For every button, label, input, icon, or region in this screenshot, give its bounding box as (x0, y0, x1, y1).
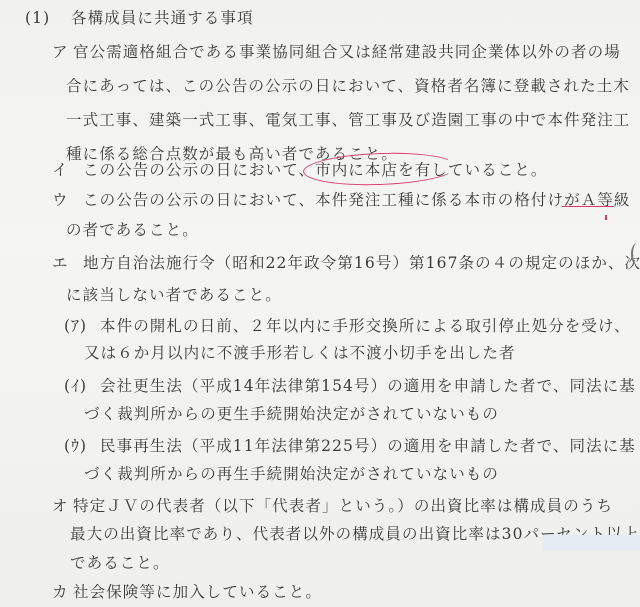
handwritten-underline-annotation (562, 206, 614, 207)
item-marker-o: オ (52, 496, 73, 516)
item-o-line-1: オ特定ＪＶの代表者（以下「代表者」という。）の出資比率は構成員のうち (52, 496, 613, 516)
item-e-line-2: に該当しない者であること。 (66, 285, 282, 305)
item-u-line-2: の者であること。 (66, 220, 199, 240)
item-marker-e: エ (52, 253, 83, 273)
item-a-line-1: ア官公需適格組合である事業協同組合又は経常建設共同企業体以外の者の場 (52, 42, 621, 62)
item-e-line-1: エ地方自治法施行令（昭和22年政令第16号）第167条の４の規定のほか、次 (52, 253, 640, 273)
section-title: 各構成員に共通する事項 (71, 9, 254, 27)
subitem-i-line-2: づく裁判所からの更生手続開始決定がされていないもの (84, 404, 499, 424)
subitem-marker-a: (ｱ) (64, 316, 100, 336)
page-edge-bracket (631, 243, 640, 265)
item-a-line-2: 合にあっては、この公告の公示の日において、資格者名簿に登載された土木 (66, 76, 630, 96)
item-marker-a: ア (52, 42, 73, 62)
subitem-u-line-2: づく裁判所からの再生手続開始決定がされていないもの (84, 464, 499, 484)
item-marker-i: イ (52, 160, 83, 180)
subitem-u-line-1: (ｳ)民事再生法（平成11年法律第225号）の適用を申請した者で、同法に基 (64, 436, 636, 456)
subitem-a-line-1: (ｱ)本件の開札の日前、２年以内に手形交換所による取引停止処分を受け、 (64, 316, 631, 336)
item-marker-ka: カ (52, 582, 73, 602)
item-marker-u: ウ (52, 190, 83, 210)
subitem-i-line-1: (ｲ)会社更生法（平成14年法律第154号）の適用を申請した者で、同法に基 (64, 376, 636, 396)
item-ka-line-1: カ社会保険等に加入していること。 (52, 582, 322, 602)
handwritten-tick-mark (605, 215, 607, 220)
subitem-marker-u: (ｳ) (64, 436, 100, 456)
item-i-line-1: イこの公告の公示の日において、市内に本店を有していること。 (52, 160, 548, 180)
scanned-document-page: (1)各構成員に共通する事項 ア官公需適格組合である事業協同組合又は経常建設共同… (0, 0, 640, 607)
subitem-a-line-2: 又は６か月以内に不渡手形若しくは不渡小切手を出した者 (84, 343, 516, 363)
section-number: (1) (25, 8, 71, 28)
section-heading: (1)各構成員に共通する事項 (25, 8, 254, 28)
item-a-line-3: 一式工事、建築一式工事、電気工事、管工事及び造園工事の中で本件発注工 (66, 110, 630, 130)
faint-overlay-box (543, 535, 640, 551)
item-o-line-3: であること。 (70, 553, 170, 573)
item-u-line-1: ウこの公告の公示の日において、本件発注工種に係る本市の格付けがＡ等級 (52, 190, 631, 210)
subitem-marker-i: (ｲ) (64, 376, 100, 396)
